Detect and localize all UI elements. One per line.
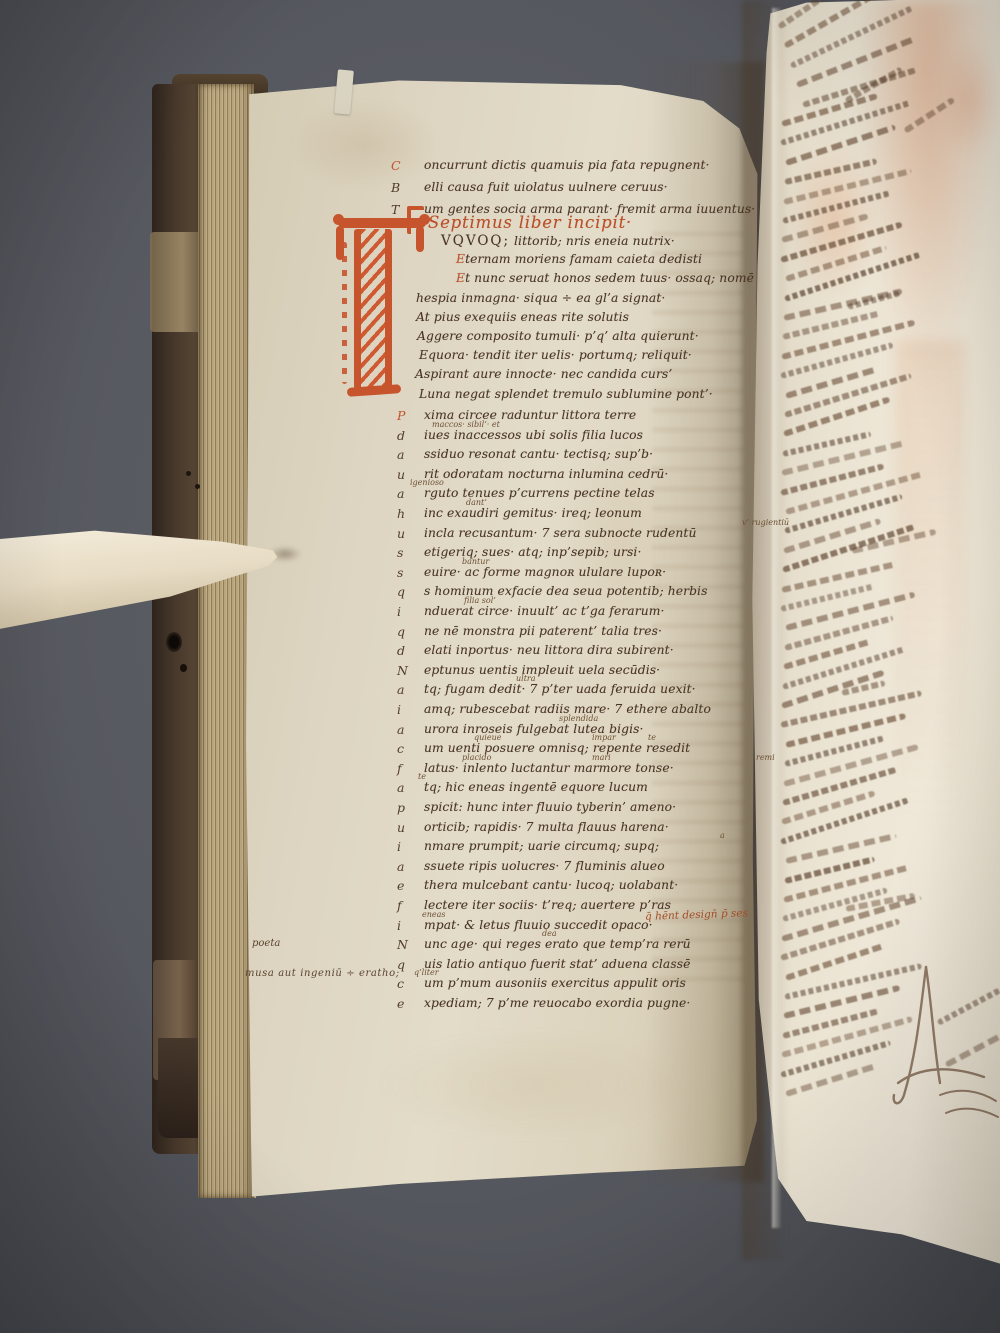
spine-worn-patch [150,232,204,332]
versal-letter: u [397,467,405,482]
vellum-stain [380,1030,680,1140]
versal-letter: a [397,486,404,501]
verse-line: mpat· & letus fluuio succedit opaco· [424,918,653,932]
verse-line: etigeriq; sues· atq; inp’sepib; ursi· [424,545,641,559]
versal-letter: h [397,506,405,521]
wormhole [166,632,182,652]
versal-letter: c [397,741,404,756]
versal-letter: f [397,898,402,913]
interlinear-gloss: impar [592,733,616,742]
verse-line: euire· ac forme magnoʀ ululare lupoʀ· [424,565,666,579]
initial-T-stem [354,229,392,389]
versal-letter: i [397,702,401,717]
interlinear-gloss: filia sol’ [464,596,496,605]
vellum-stain [290,100,440,190]
versal-letter: i [397,839,401,854]
versal-letter: f [397,761,402,776]
marginal-flourish [880,955,1000,1125]
verse-line: Et nunc seruat honos sedem tuus· ossaq; … [456,271,754,285]
interlinear-gloss: dant’ [466,498,487,507]
versal-letter: i [397,604,401,619]
verse-line: lectere iter sociis· t’req; auertere p’r… [424,898,671,912]
verse-line: incla recusantum· 7 sera subnocte rudent… [424,526,696,540]
interlinear-gloss: q’liter [414,968,439,977]
interlinear-gloss: splendida [559,714,598,723]
verse-line: ssiduo resonat cantu· tectisq; sup’b· [424,447,653,461]
versal-letter: e [397,878,404,893]
interlinear-gloss: placido [462,753,491,762]
verse-line: unc age· qui reges erato que temp’ra rer… [424,937,691,951]
versal-letter: B [391,180,400,195]
verse-line: rit odoratam nocturna inlumina cedrū· [424,467,668,481]
versal-letter: a [397,859,404,874]
versal-letter: e [397,996,404,1011]
right-page-fold-highlight [772,8,782,1228]
verse-line: elati inportus· neu littora dira subiren… [424,643,674,657]
verse-line: spicit: hunc inter fluuio tyberin’ ameno… [424,800,676,814]
versal-letter: P [397,408,405,423]
verse-line: latus· inlento luctantur marmore tonse· [424,761,674,775]
initial-T-knob [333,214,344,225]
verse-line: nmare prumpit; uarie circumq; supq; [424,839,659,853]
interlinear-gloss: eneas [422,910,446,919]
initial-T-vine [342,242,347,384]
wormhole [186,471,191,476]
interlinear-gloss: v’ rugientiū [742,518,789,527]
versal-letter: u [397,820,405,835]
versal-letter: a [397,447,404,462]
wormhole [180,664,187,672]
margin-note-poeta: poeta [252,938,280,949]
verse-line: hespia inmagna· siqua ÷ ea gl’a signat· [416,291,665,305]
initial-T-serif [336,226,344,260]
interlinear-gloss: te [648,733,656,742]
verse-line: thera mulcebant cantu· lucoq; uolabant· [424,878,678,892]
verse-line: VQVOQ; littorib; nris eneia nutrix· [441,233,675,249]
verse-line: oncurrunt dictis quamuis pia fata repugn… [424,158,710,172]
verse-line: inc exaudiri gemitus· ireq; leonum [424,506,642,520]
versal-letter: q [397,584,405,599]
versal-letter: C [391,158,401,173]
verse-line: um p’mum ausoniis exercitus appulit oris [424,976,686,990]
versal-letter: a [397,682,404,697]
interlinear-gloss: a [720,831,725,840]
wormhole [195,484,200,489]
verse-line: eptunus uentis impleuit uela secūdis· [424,663,660,677]
interlinear-gloss: bantur [462,557,489,566]
verse-line: Aggere composito tumuli· p’q’ alta quier… [417,329,699,343]
versal-letter: p [397,800,405,815]
verse-line: nduerat circe· inuult’ ac t’ga ferarum· [424,604,665,618]
verse-line: Aspirant aure innocte· nec candida curs’ [415,367,672,381]
verse-line: Luna negat splendet tremulo sublumine po… [419,387,713,401]
margin-note-musa: musa aut ingeniū ÷ eratho; [245,968,400,979]
interlinear-gloss: quieue [474,733,501,742]
page-edges-stack [198,84,254,1198]
versal-letter: d [397,643,405,658]
verse-line: At pius exequiis eneas rite solutis [416,310,629,324]
versal-letter: a [397,722,404,737]
verse-line: xpediam; 7 p’me reuocabo exordia pugne· [424,996,690,1010]
interlinear-gloss: mari [592,753,611,762]
verse-line: rguto tenues p’currens pectine telas [424,486,655,500]
interlinear-gloss: te [418,772,426,781]
manuscript-photo: Septimus liber incipit· Concurrunt dicti… [0,0,1000,1333]
verse-line: Eternam moriens famam caieta dedisti [456,252,702,266]
verse-line: Equora· tendit iter uelis· portumq; reli… [419,348,692,362]
verse-line: ne nē monstra pii paterent’ talia tres· [424,624,662,638]
verse-line: tq; hic eneas ingentē equore lucum [424,780,648,794]
versal-letter: s [397,545,403,560]
versal-letter: i [397,918,401,933]
versal-letter: d [397,428,405,443]
versal-letter: u [397,526,405,541]
versal-letter: N [397,937,408,952]
verse-line: iues inaccessos ubi solis filia lucos [424,428,643,442]
versal-letter: s [397,565,403,580]
verse-line: orticib; rapidis· 7 multa flauus harena· [424,820,669,834]
rubric-paragraph-mark [407,206,424,234]
interlinear-gloss: igenioso [410,478,444,487]
interlinear-gloss: ultra [516,674,536,683]
versal-letter: a [397,780,404,795]
verse-line: uis latio antiquo fuerit stat’ aduena cl… [424,957,691,971]
verse-line: um gentes socia arma parant· fremit arma… [424,202,755,216]
verse-line: elli causa fuit uiolatus uulnere ceruus· [424,180,668,194]
interlinear-gloss: dea [542,929,557,938]
versal-letter: N [397,663,408,678]
verse-line: ssuete ripis uolucres· 7 fluminis alueo [424,859,665,873]
verse-line: tq; fugam dedit· 7 p’ter uada feruida ue… [424,682,696,696]
versal-letter: q [397,624,405,639]
interlinear-gloss: remi [756,753,775,762]
interlinear-gloss: maccos· sibil’· et [432,420,500,429]
versal-letter: T [391,202,399,217]
